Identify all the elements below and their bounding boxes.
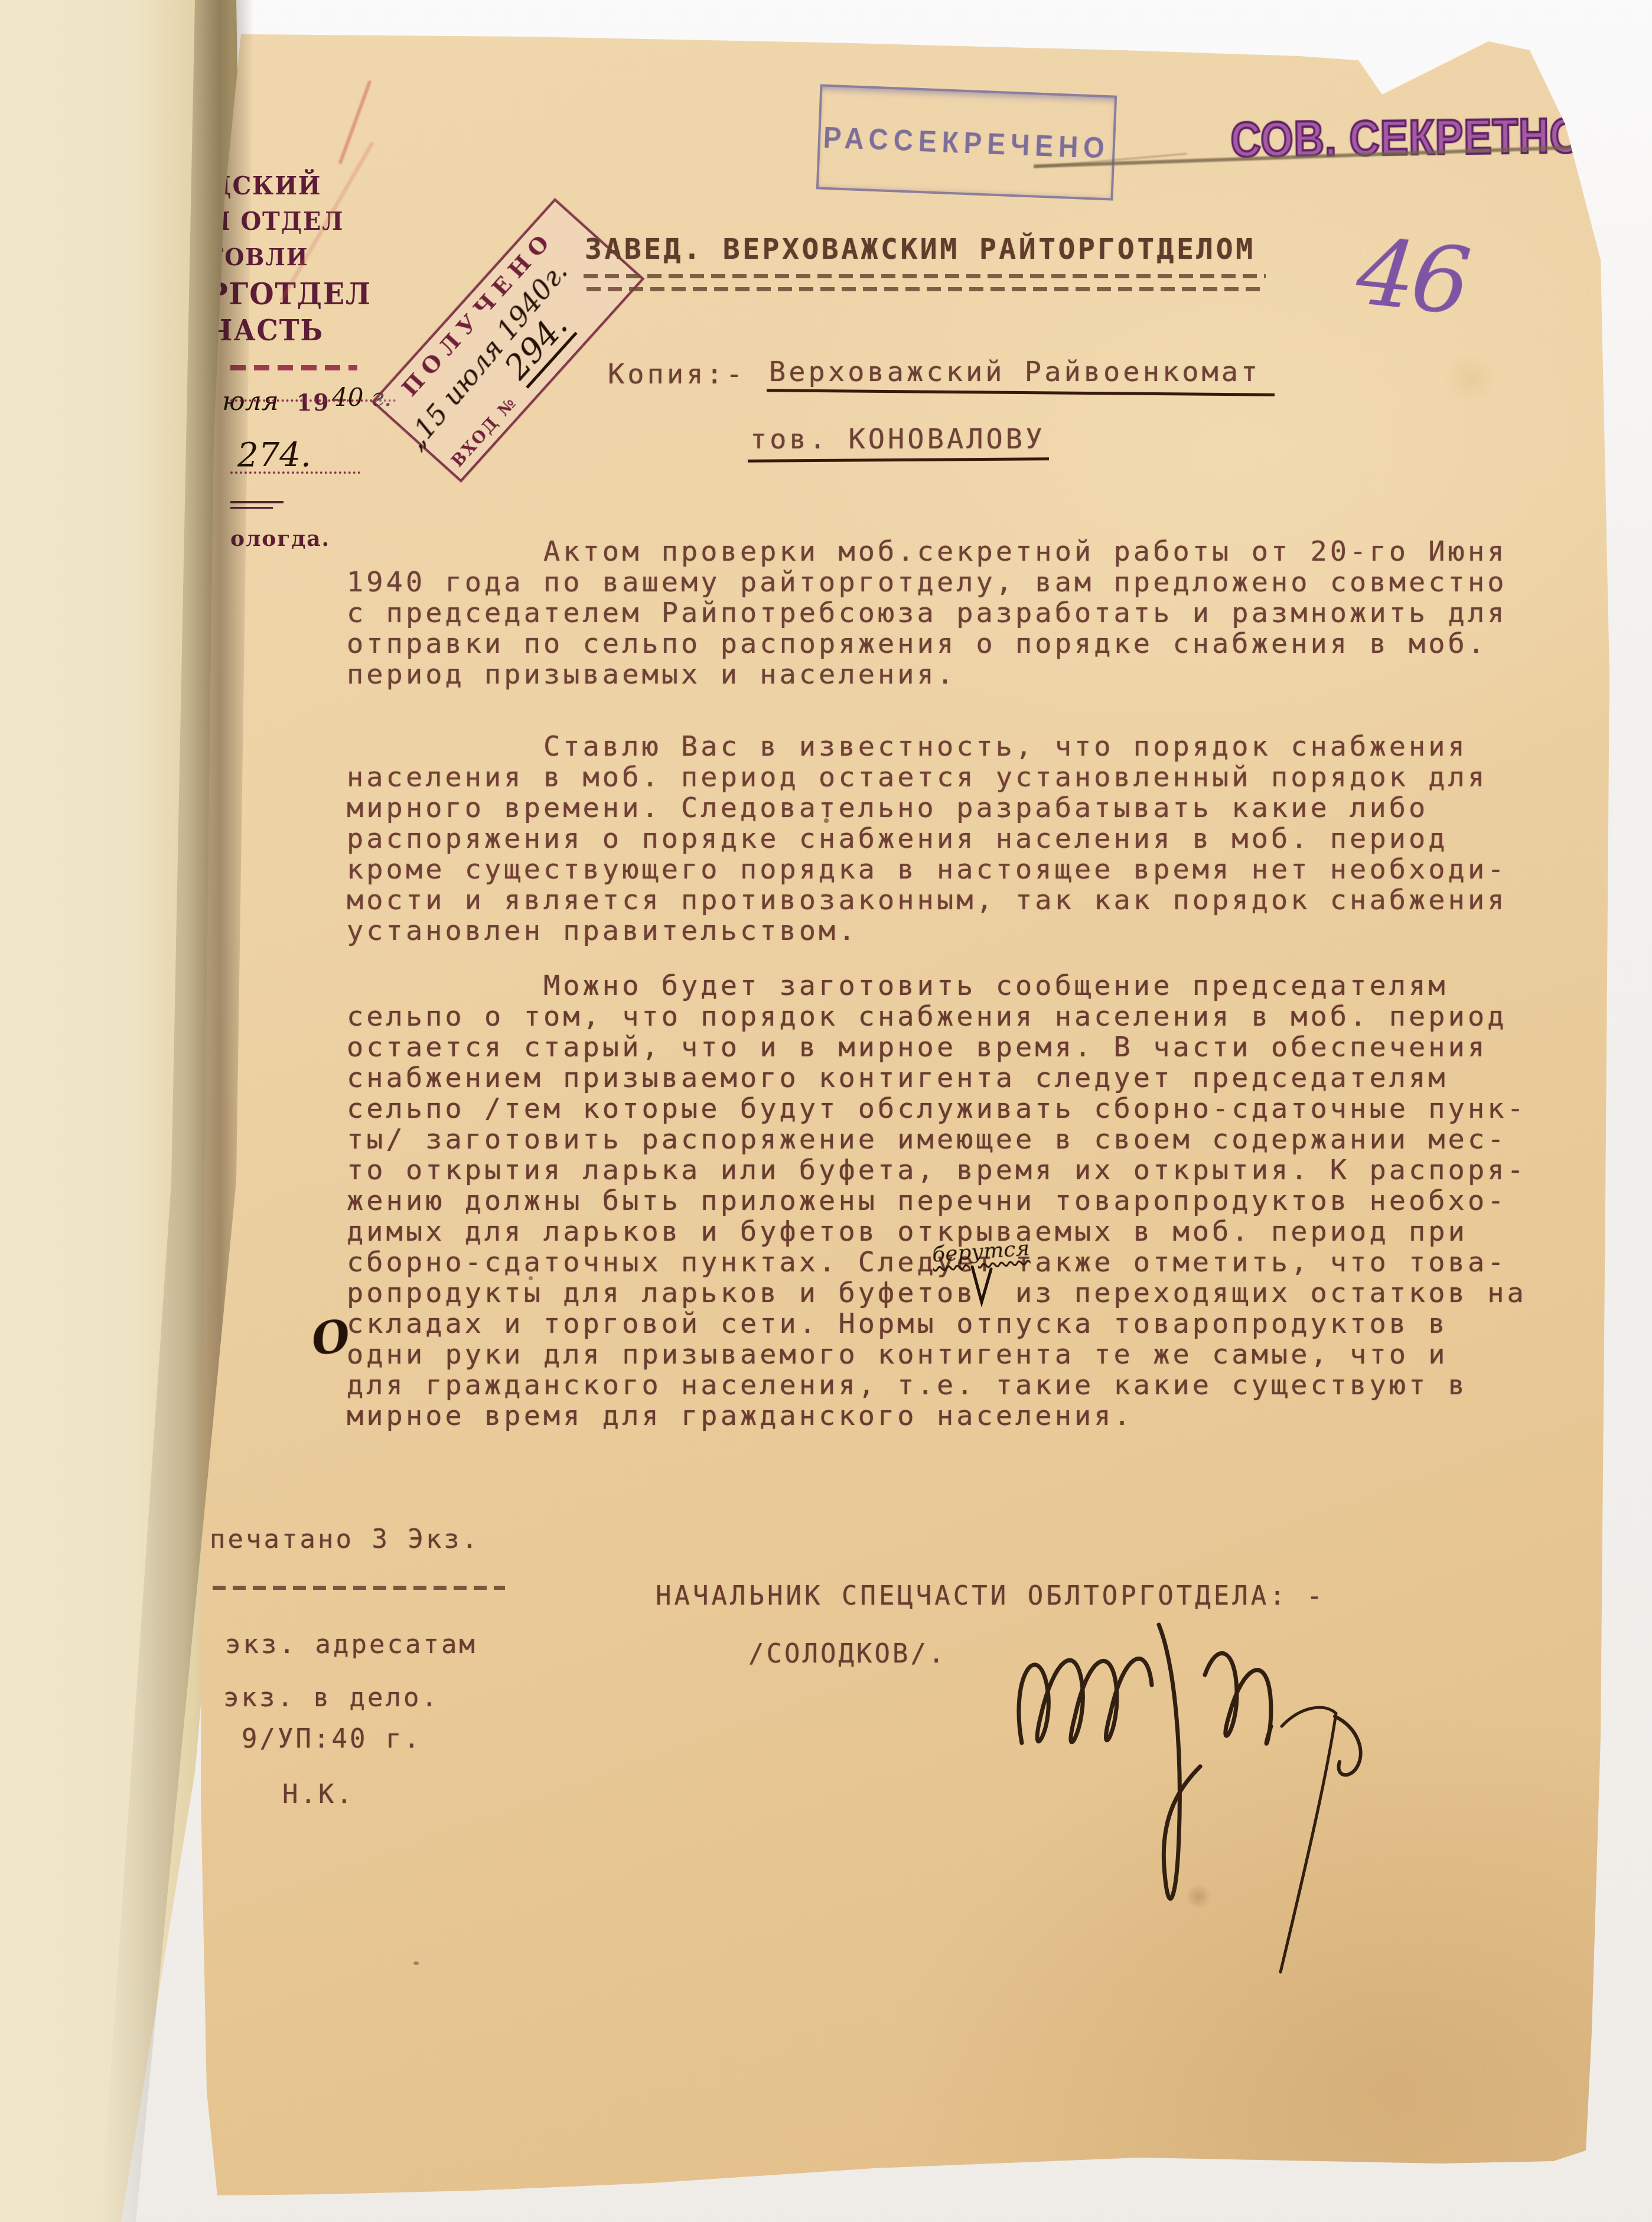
copy-person-underline bbox=[748, 457, 1049, 463]
heading-underline-row-1 bbox=[584, 274, 1266, 278]
body-paragraph-2: Ставлю Вас в известность, что порядок сн… bbox=[347, 731, 1507, 946]
declassified-stamp: РАССЕКРЕЧЕНО bbox=[816, 84, 1117, 200]
copies-count-line: печатано 3 Экз. bbox=[210, 1524, 480, 1555]
declassified-stamp-text: РАССЕКРЕЧЕНО bbox=[820, 119, 1113, 165]
document-page: ДСКИЙ Й ОТДЕЛ ГОВЛИ РГОТДЕЛ ЧАСТЬ юля 19… bbox=[112, 24, 1618, 2198]
letterhead-year-typed: 19 bbox=[296, 389, 330, 417]
addressee-heading: ЗАВЕД. ВЕРХОВАЖСКИМ РАЙТОРГОТДЕЛОМ bbox=[585, 234, 1256, 265]
distribution-line-2: экз. в дело. bbox=[223, 1683, 439, 1713]
handwritten-margin-correction: О bbox=[308, 1310, 353, 1366]
insertion-caret-mark bbox=[970, 1265, 993, 1307]
paper-speck-2 bbox=[529, 1276, 533, 1280]
scanned-document: ДСКИЙ Й ОТДЕЛ ГОВЛИ РГОТДЕЛ ЧАСТЬ юля 19… bbox=[0, 0, 1652, 2222]
paper-speck-1 bbox=[824, 818, 829, 823]
letterhead-divider-dashes bbox=[230, 365, 357, 370]
typist-initials: Н.К. bbox=[282, 1779, 354, 1810]
copy-label: Копия:- bbox=[608, 359, 745, 390]
distribution-line-1: экз. адресатам bbox=[225, 1629, 477, 1660]
page-number-pencil: 46 bbox=[1352, 218, 1472, 336]
letterhead-number-handwritten: 274. bbox=[237, 436, 311, 474]
copy-person: тов. КОНОВАЛОВУ bbox=[750, 424, 1045, 455]
copy-recipient: Верховажский Райвоенкомат bbox=[769, 357, 1260, 388]
copy-recipient-underline bbox=[767, 389, 1275, 396]
body-paragraph-1: Актом проверки моб.секретной работы от 2… bbox=[347, 536, 1507, 690]
heading-underline-row-2 bbox=[586, 287, 1260, 291]
paper-speck-3 bbox=[413, 1961, 419, 1965]
paper-stain-1 bbox=[1184, 1885, 1213, 1908]
body-paragraph-3: Можно будет заготовить сообщение председ… bbox=[347, 971, 1527, 1432]
paper-stain-2 bbox=[1441, 354, 1500, 402]
letterhead-number-dotted-line bbox=[230, 471, 360, 474]
copies-underline bbox=[213, 1586, 505, 1590]
signature-ink bbox=[1004, 1589, 1429, 2003]
signer-name: /СОЛОДКОВ/. bbox=[748, 1639, 946, 1670]
received-stamp-date-handwritten: „15 июля 1940г. bbox=[399, 181, 636, 456]
typing-date: 9/УП:40 г. bbox=[242, 1724, 422, 1755]
